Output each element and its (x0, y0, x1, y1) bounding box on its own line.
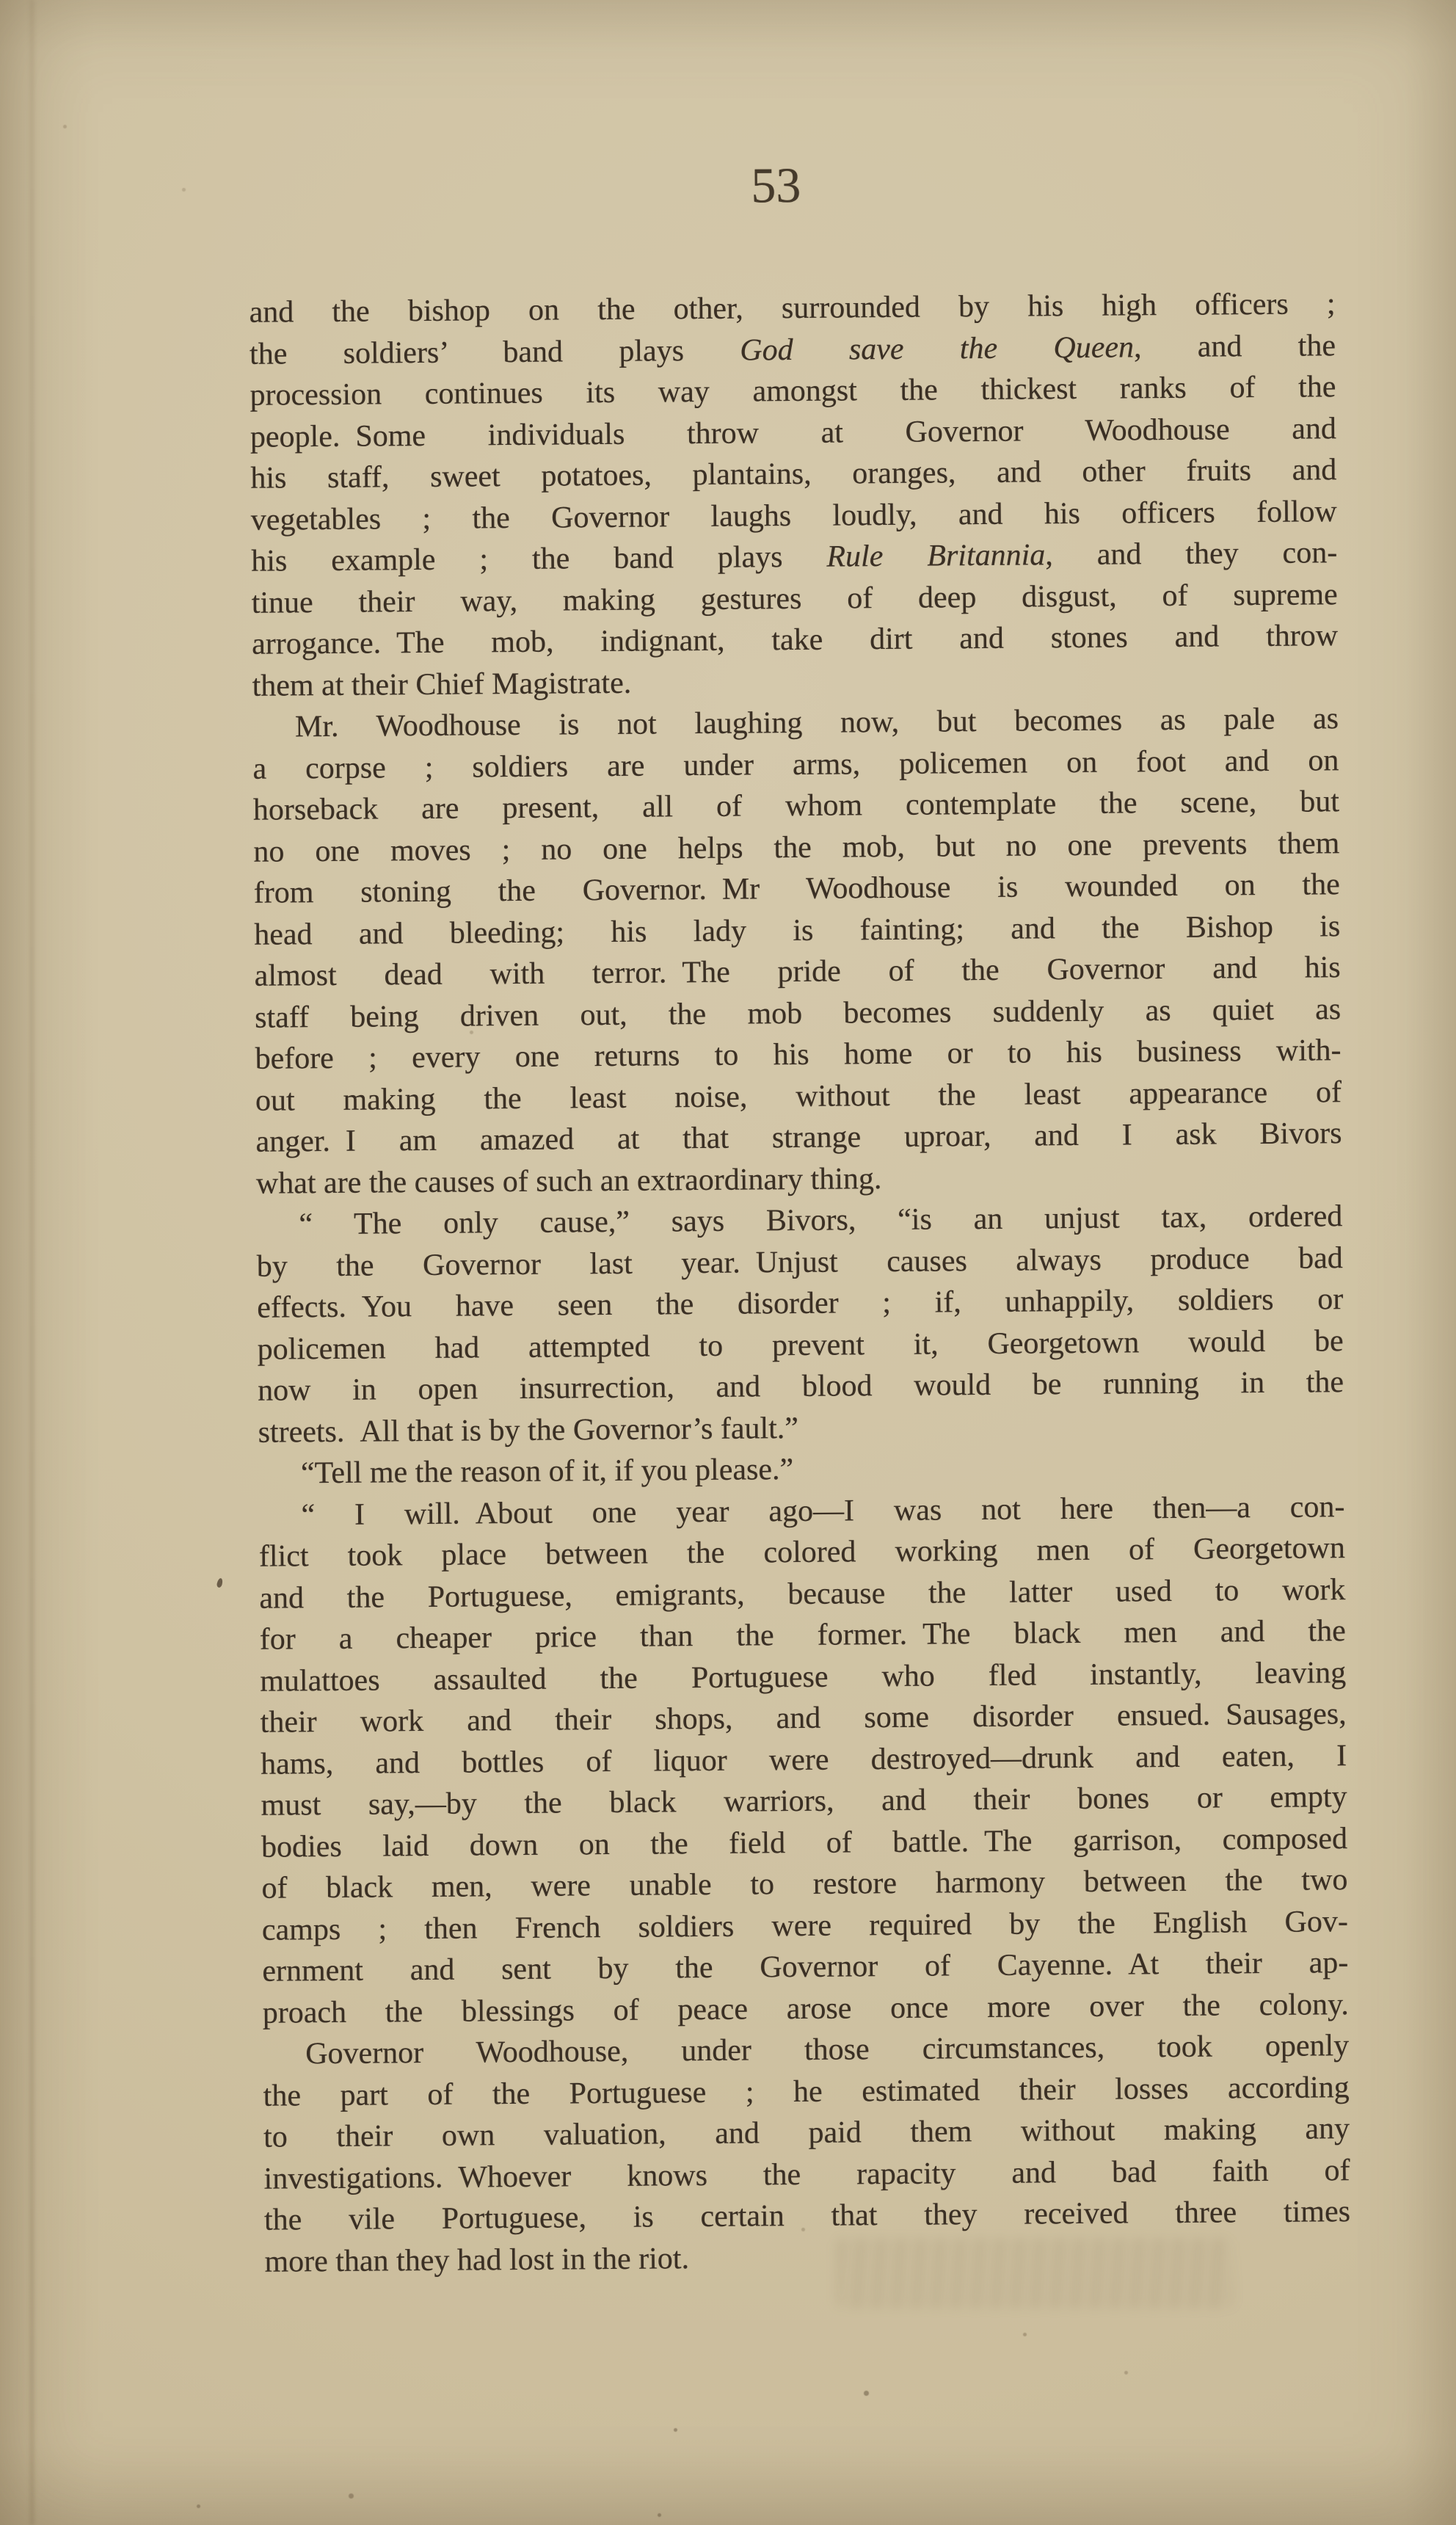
text-run: policemen had attempted to prevent it, G… (258, 1324, 1344, 1367)
paragraph: “ I will. About one year ago—I was not h… (258, 1486, 1349, 2034)
text-run: from stoning the Governor. Mr Woodhouse … (254, 868, 1340, 910)
text-run: people. Some individuals throw at Govern… (250, 412, 1336, 454)
text-run-italic: Rule Britannia (826, 538, 1045, 573)
text-run: by the Governor last year. Unjust causes… (257, 1241, 1343, 1284)
text-run: a corpse ; soldiers are under arms, poli… (252, 744, 1339, 786)
text-run: their work and their shops, and some dis… (261, 1697, 1347, 1740)
text-run: streets. All that is by the Governor’s f… (258, 1411, 798, 1449)
text-run: before ; every one returns to his home o… (255, 1033, 1341, 1076)
paragraph: Mr. Woodhouse is not laughing now, but b… (252, 698, 1342, 1205)
text-run: the vile Portuguese, is certain that the… (264, 2195, 1350, 2237)
text-run: arrogance. The mob, indignant, take dirt… (252, 619, 1338, 661)
paragraph: “ The only cause,” says Bivors, “is an u… (256, 1196, 1344, 1453)
text-run: procession continues its way amongst the… (250, 370, 1336, 413)
text-run: the soldiers’ band plays (250, 333, 740, 371)
text-run: and the bishop on the other, surrounded … (249, 287, 1335, 330)
text-run: , and they con- (1045, 536, 1337, 572)
text-run: what are the causes of such an extraordi… (256, 1162, 882, 1201)
text-run: them at their Chief Magistrate. (252, 666, 631, 702)
text-run: tinue their way, making gestures of deep… (252, 578, 1338, 620)
text-run: hams, and bottles of liquor were destroy… (261, 1739, 1347, 1781)
text-line: the vile Portuguese, is certain that the… (264, 2191, 1350, 2241)
text-line: anger. I am amazed at that strange uproa… (255, 1113, 1342, 1163)
text-run-italic: God save the Queen (740, 330, 1134, 367)
text-run: vegetables ; the Governor laughs loudly,… (251, 495, 1337, 537)
text-run: ernment and sent by the Governor of Caye… (262, 1946, 1348, 1988)
text-run: and the Portuguese, emigrants, because t… (259, 1573, 1345, 1616)
paragraph: and the bishop on the other, surrounded … (249, 283, 1338, 707)
text-run: now in open insurrection, and blood woul… (258, 1365, 1344, 1408)
text-run: horseback are present, all of whom conte… (253, 785, 1339, 827)
scanned-book-page: 53 and the bishop on the other, surround… (0, 0, 1456, 2525)
text-line: arrogance. The mob, indignant, take dirt… (252, 615, 1338, 665)
text-run: Governor Woodhouse, under those circumst… (305, 2029, 1349, 2071)
ink-speck-margin (216, 1577, 224, 1588)
text-run: investigations. Whoever knows the rapaci… (263, 2154, 1350, 2196)
text-block: and the bishop on the other, surrounded … (249, 283, 1350, 2283)
text-run: the part of the Portuguese ; he estimate… (263, 2071, 1350, 2113)
text-run: no one moves ; no one helps the mob, but… (253, 826, 1339, 869)
text-run: head and bleeding; his lady is fainting;… (254, 909, 1340, 952)
text-run: bodies laid down on the field of battle.… (261, 1822, 1347, 1864)
text-run: effects. You have seen the disorder ; if… (257, 1282, 1343, 1325)
text-run: “ I will. About one year ago—I was not h… (301, 1490, 1344, 1532)
dust-specks (0, 0, 4, 4)
text-run: “Tell me the reason of it, if you please… (301, 1453, 793, 1490)
text-run: out making the least noise, without the … (255, 1075, 1342, 1118)
text-run: proach the blessings of peace arose once… (263, 1988, 1349, 2030)
text-run: “ The only cause,” says Bivors, “is an u… (299, 1199, 1342, 1241)
text-run: mulattoes assaulted the Portuguese who f… (260, 1656, 1346, 1699)
text-run: almost dead with terror. The pride of th… (255, 951, 1341, 993)
text-run: Mr. Woodhouse is not laughing now, but b… (295, 702, 1339, 744)
page-number: 53 (233, 156, 1319, 214)
text-run: flict took place between the colored wor… (259, 1531, 1345, 1574)
text-run: anger. I am amazed at that strange uproa… (255, 1116, 1342, 1159)
text-line: now in open insurrection, and blood woul… (258, 1362, 1344, 1412)
text-run: must say,—by the black warriors, and the… (261, 1780, 1347, 1823)
ghost-text-stain (837, 2239, 1233, 2308)
text-run: his staff, sweet potatoes, plantains, or… (250, 453, 1336, 495)
text-run: more than they had lost in the riot. (264, 2242, 689, 2279)
scan-streak (29, 0, 34, 2525)
text-run: his example ; the band plays (251, 540, 827, 578)
text-run: to their own valuation, and paid them wi… (263, 2112, 1350, 2154)
page-content: 53 and the bishop on the other, surround… (248, 156, 1351, 2283)
text-run: camps ; then French soldiers were requir… (262, 1905, 1348, 1947)
text-run: of black men, were unable to restore har… (261, 1863, 1347, 1905)
text-run: staff being driven out, the mob becomes … (255, 992, 1341, 1035)
text-run: , and the (1134, 329, 1336, 364)
text-run: for a cheaper price than the former. The… (260, 1614, 1346, 1657)
